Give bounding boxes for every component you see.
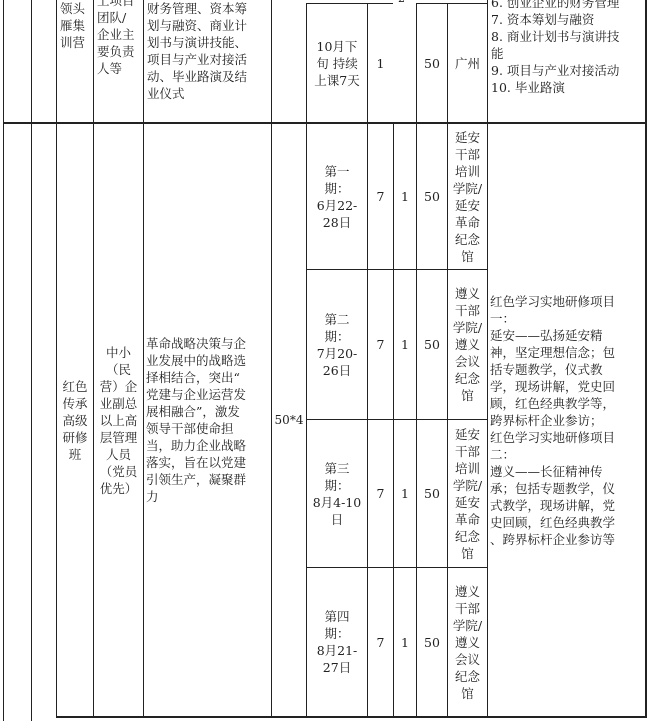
people-cell: 50 bbox=[417, 420, 447, 567]
sessions-cell: 2 bbox=[398, 0, 414, 7]
location-cell: 遵义 干部 学院/ 遵义 会议 纪念 馆 bbox=[448, 568, 487, 716]
grid-line bbox=[3, 0, 4, 721]
days-cell: 7 bbox=[368, 420, 393, 567]
count-cell: 1 bbox=[394, 270, 416, 419]
people-cell: 50 bbox=[417, 568, 447, 716]
project-name-cell: 红色 传承 高级 研修 班 bbox=[57, 124, 93, 716]
scale-cell: 50*2 bbox=[274, 0, 306, 5]
people-cell: 50 bbox=[417, 270, 447, 419]
people-cell: 50 bbox=[417, 4, 447, 122]
grid-line bbox=[645, 0, 647, 716]
days-cell: 7 bbox=[368, 270, 393, 419]
period-cell: 第二 期： 7月20- 26日 bbox=[307, 270, 367, 419]
count-cell: 1 bbox=[394, 124, 416, 269]
people-cell: 50 bbox=[417, 124, 447, 269]
grid-line bbox=[143, 0, 144, 716]
course-content-cell: 革命战略决策与企 业发展中的战略选 择相结合，突出“ 党建与企业运营发 展相融合… bbox=[146, 124, 270, 716]
period-cell: 10月下 旬 持续 上课7天 bbox=[307, 4, 367, 122]
location-cell: 广州 bbox=[448, 4, 487, 122]
period-cell: 第三 期： 8月4-10 日 bbox=[307, 420, 367, 567]
target-audience-cell: 上项目 团队/ 企业主 要负责 人等 bbox=[97, 0, 143, 77]
target-audience-cell: 中小 （民 营）企 业副总 以上高 层管理 人员 （党员 优先） bbox=[94, 124, 143, 716]
period-cell: 第一 期： 6月22- 28日 bbox=[307, 124, 367, 269]
location-cell: 延安 干部 培训 学院/ 延安 革命 纪念 馆 bbox=[448, 420, 487, 567]
grid-line bbox=[487, 0, 488, 716]
count-cell: 1 bbox=[394, 568, 416, 716]
project-name-cell: 领头 雁集 训营 bbox=[60, 0, 92, 51]
days-cell: 7 bbox=[368, 124, 393, 269]
scale-cell: 50*4 bbox=[272, 124, 306, 716]
days-cell: 7 bbox=[368, 568, 393, 716]
period-cell: 第四 期： 8月21- 27日 bbox=[307, 568, 367, 716]
modules-cell: 红色学习实地研修项目 一： 延安——弘扬延安精 神，坚定理想信念；包 括专题教学… bbox=[490, 124, 645, 716]
modules-cell: 6. 创业企业的财务管理 7. 资本筹划与融资 8. 商业计划书与演讲技 能 9… bbox=[491, 0, 645, 96]
location-cell: 遵义 干部 学院/ 遵义 会议 纪念 馆 bbox=[448, 270, 487, 419]
location-cell: 延安 干部 培训 学院/ 延安 革命 纪念 馆 bbox=[448, 124, 487, 269]
course-content-cell: 财务管理、资本筹 划与融资、商业计 划书与演讲技能、 项目与产业对接活 动、毕业… bbox=[147, 0, 271, 102]
days-cell: 1 bbox=[368, 4, 393, 122]
count-cell: 1 bbox=[394, 420, 416, 567]
grid-line bbox=[56, 716, 647, 718]
grid-line bbox=[31, 0, 32, 721]
